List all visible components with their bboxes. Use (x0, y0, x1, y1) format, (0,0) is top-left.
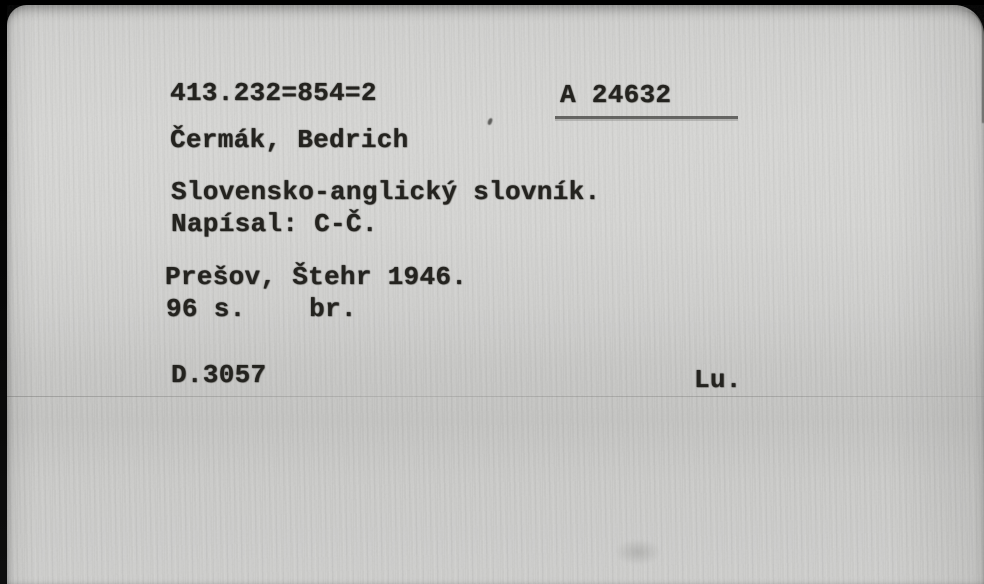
author-heading: Čermák, Bedrich (170, 125, 409, 155)
collation-line: 96 s. br. (166, 294, 357, 324)
scanner-background: 413.232=854=2 A 24632 Čermák, Bedrich Sl… (0, 0, 984, 584)
catalog-card: 413.232=854=2 A 24632 Čermák, Bedrich Sl… (7, 5, 984, 584)
title-line: Slovensko-anglický slovník. (171, 177, 600, 207)
paper-crease (7, 396, 984, 397)
accession-number: A 24632 (555, 80, 738, 119)
paper-smudge (615, 539, 661, 565)
classification-number: 413.232=854=2 (170, 78, 377, 108)
card-edge-shadow (964, 11, 984, 123)
volume-note: Napísal: C-Č. (171, 209, 378, 239)
imprint-line: Prešov, Štehr 1946. (165, 262, 467, 292)
paper-grain (7, 5, 984, 584)
cataloguer-initials: Lu. (694, 365, 742, 395)
ink-speck (487, 118, 493, 126)
shelf-number: D.3057 (171, 360, 266, 390)
paper-texture (7, 5, 984, 584)
